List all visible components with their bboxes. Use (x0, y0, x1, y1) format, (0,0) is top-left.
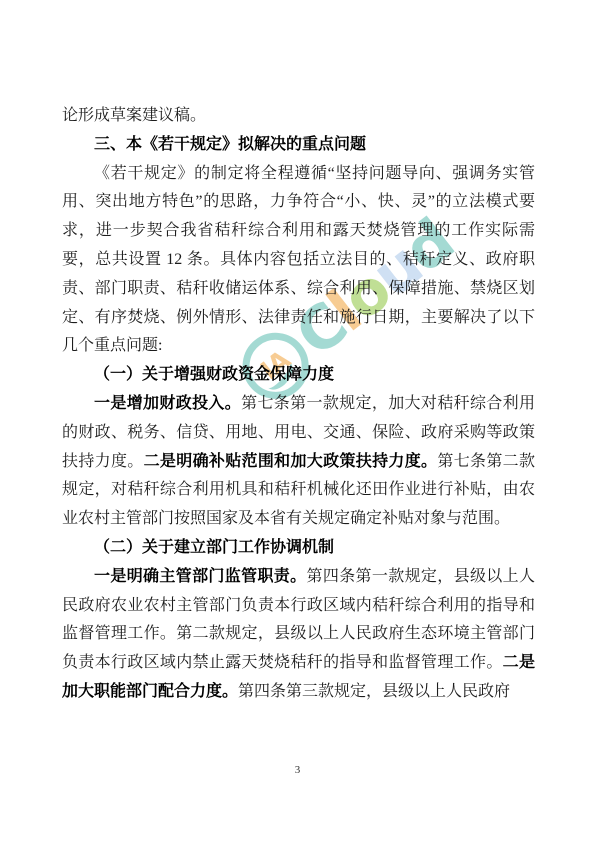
text-run: （二）关于建立部门工作协调机制 (94, 539, 334, 556)
document-page: IA Cloud 论形成草案建议稿。三、本《若干规定》拟解决的重点问题《若干规定… (0, 0, 595, 841)
text-run: 《若干规定》的制定将全程遵循“坚持问题导向、强调务实管用、突出地方特色”的思路，… (62, 165, 535, 355)
text-run: 二是明确补贴范围和加大政策扶持力度。 (144, 453, 438, 470)
text-run: 三、本《若干规定》拟解决的重点问题 (94, 136, 366, 153)
document-body: 论形成草案建议稿。三、本《若干规定》拟解决的重点问题《若干规定》的制定将全程遵循… (62, 102, 535, 707)
paragraph: 论形成草案建议稿。 (62, 102, 535, 131)
text-run: 一是增加财政投入。 (94, 395, 241, 412)
section-heading: 三、本《若干规定》拟解决的重点问题 (62, 131, 535, 160)
paragraph: 一是明确主管部门监管职责。第四条第一款规定，县级以上人民政府农业农村主管部门负责… (62, 563, 535, 707)
section-heading: （一）关于增强财政资金保障力度 (62, 361, 535, 390)
text-run: 论形成草案建议稿。 (62, 107, 206, 124)
text-run: 第四条第三款规定，县级以上人民政府 (238, 683, 510, 700)
text-run: （一）关于增强财政资金保障力度 (94, 366, 334, 383)
paragraph: 一是增加财政投入。第七条第一款规定，加大对秸秆综合利用的财政、税务、信贷、用地、… (62, 390, 535, 534)
page-number: 3 (0, 764, 595, 776)
section-heading: （二）关于建立部门工作协调机制 (62, 534, 535, 563)
text-run: 一是明确主管部门监管职责。 (94, 568, 307, 585)
paragraph: 《若干规定》的制定将全程遵循“坚持问题导向、强调务实管用、突出地方特色”的思路，… (62, 160, 535, 362)
